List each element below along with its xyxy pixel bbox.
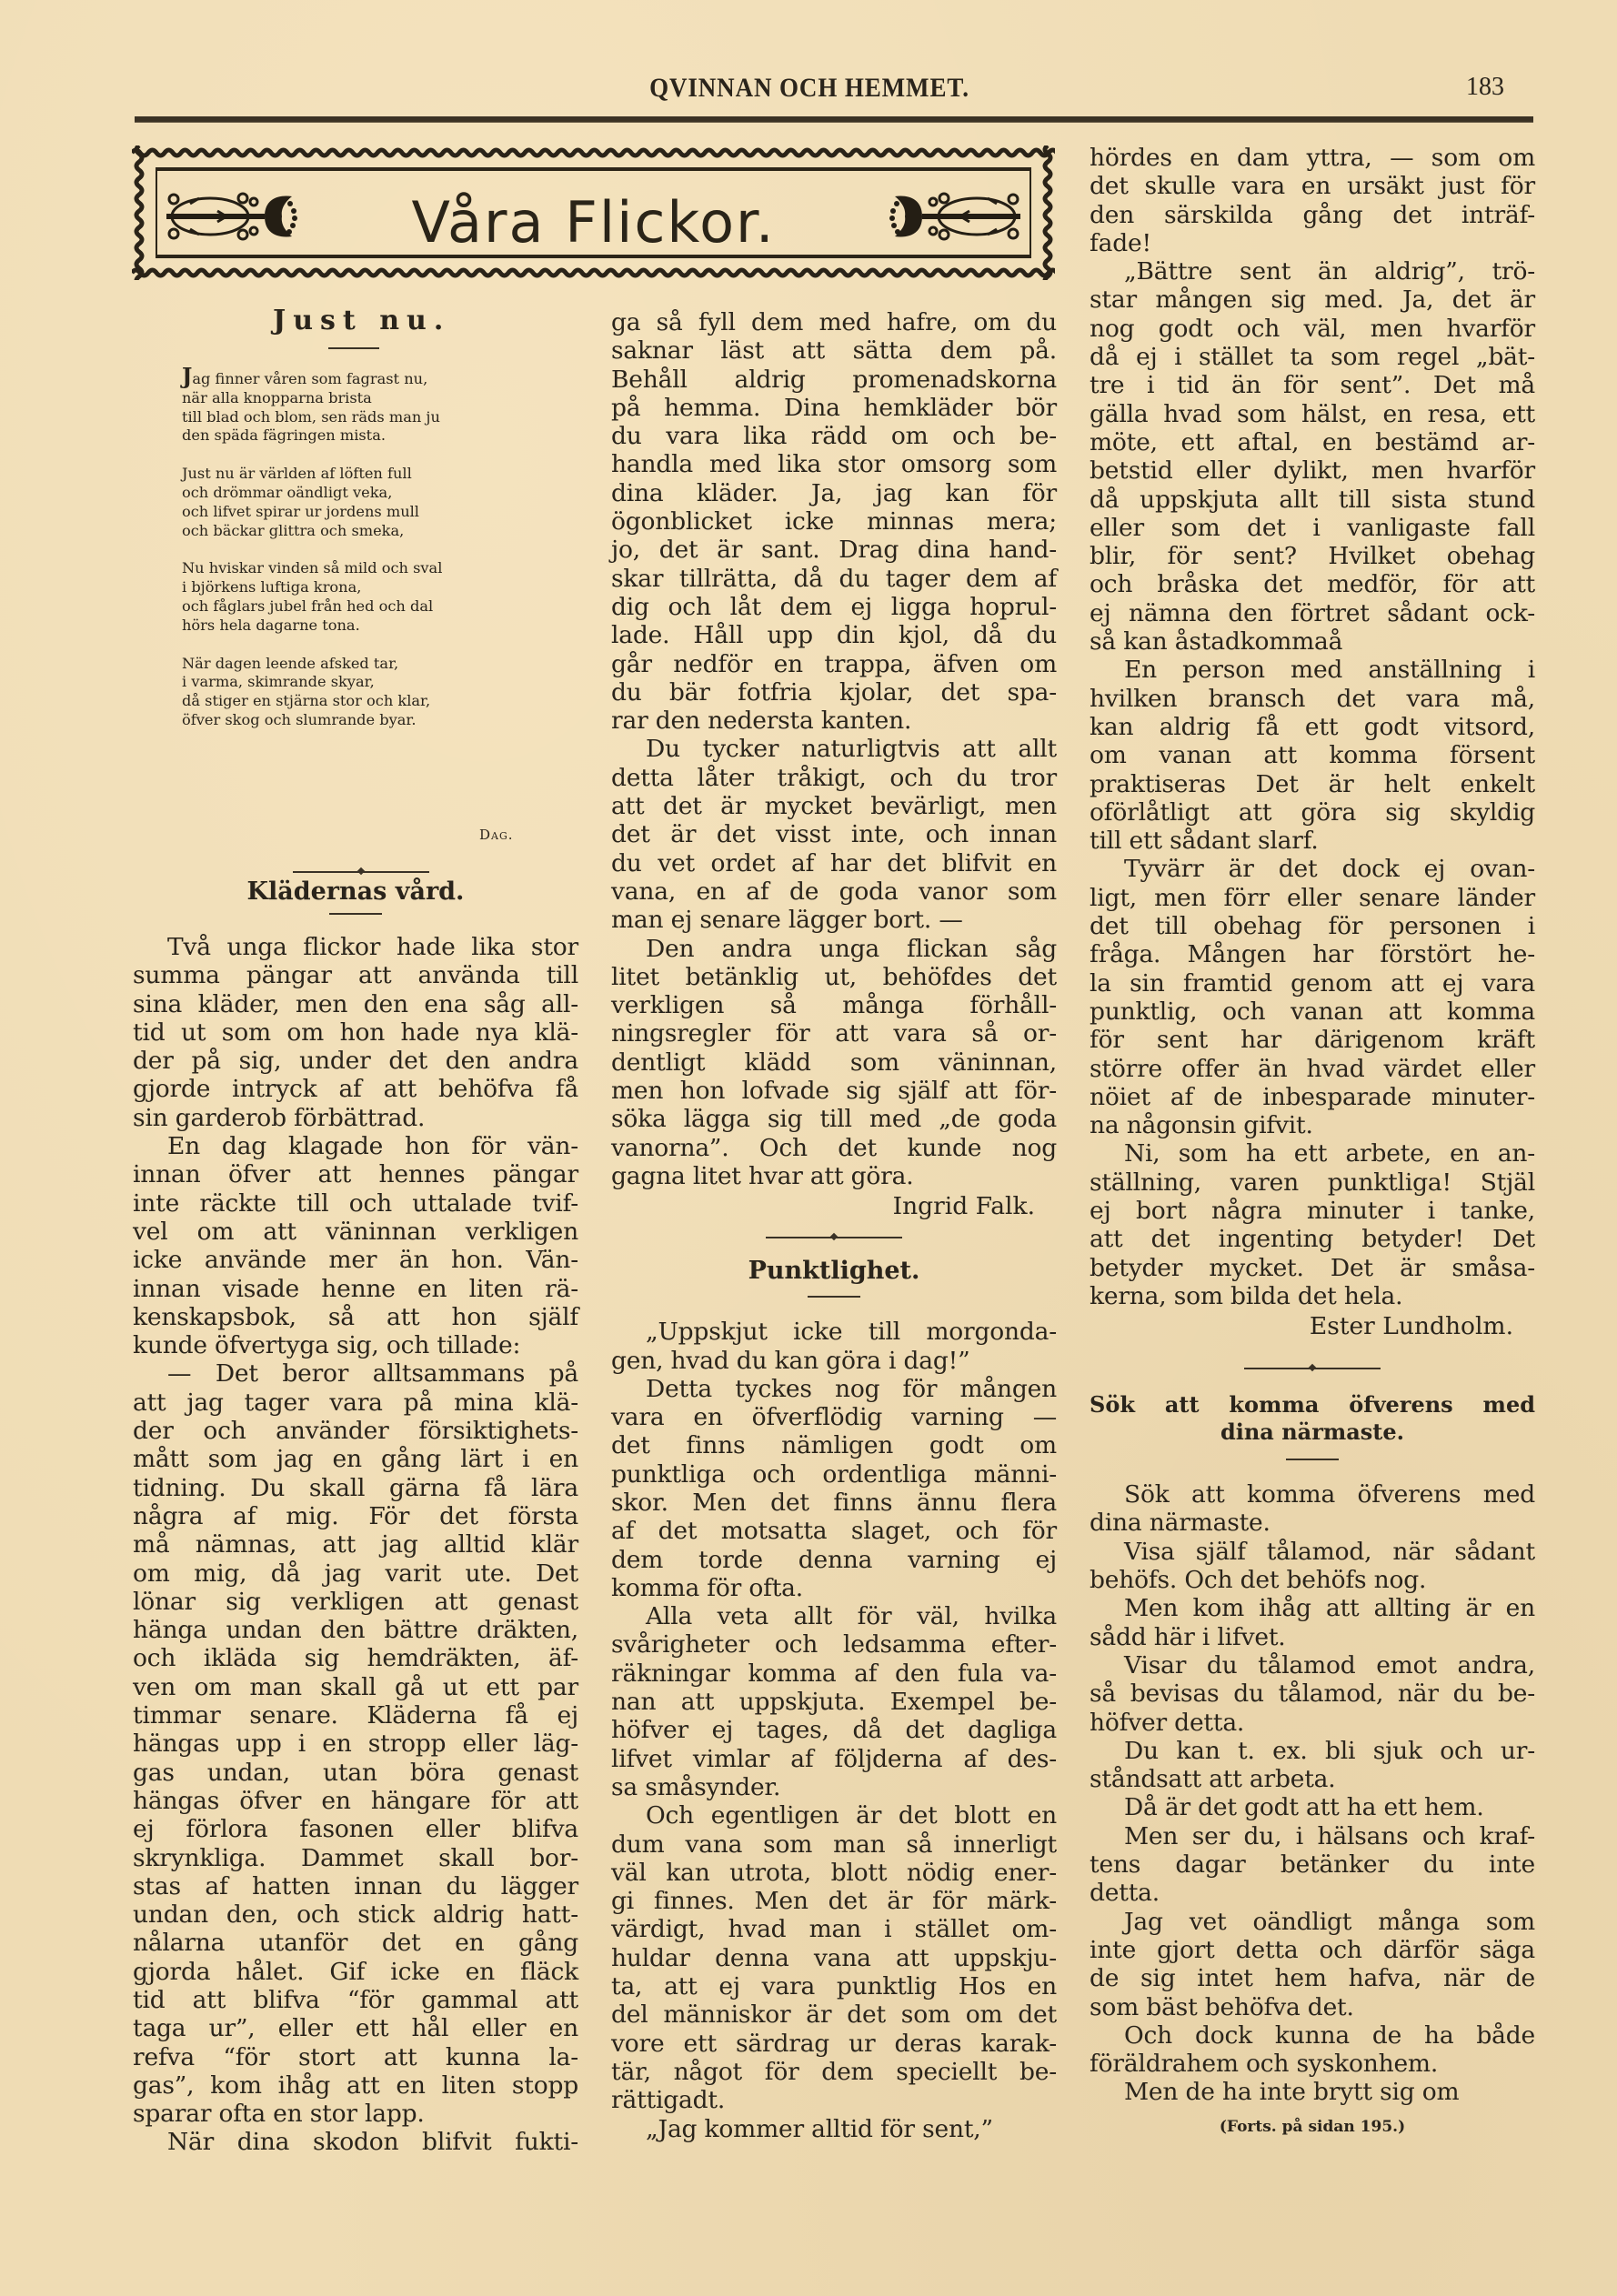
text-line: Visa själf tålamod, när sådant	[1090, 1538, 1535, 1566]
text-line: undan den, och stick aldrig hatt-	[133, 1900, 578, 1929]
text-line: dentligt klädd som väninnan,	[611, 1048, 1057, 1077]
text-line: ta, att ej vara punktlig Hos en	[611, 1972, 1057, 2000]
text-line: sina kläder, men den ena såg all-	[133, 990, 578, 1018]
text-line: Ni, som ha ett arbete, en an-	[1090, 1139, 1535, 1168]
text-line: punktliga och ordentliga männi-	[611, 1460, 1057, 1489]
publication-title: QVINNAN OCH HEMMET.	[646, 73, 973, 104]
text-line: hängas öfver en hängare för att	[133, 1787, 578, 1815]
text-line: som bäst behöfva det.	[1090, 1993, 1535, 2021]
text-line: sa småsynder.	[611, 1773, 1057, 1801]
text-line: detta låter tråkigt, och du tror	[611, 764, 1057, 792]
text-line: men hon lofvade sig själf att för-	[611, 1077, 1057, 1105]
text-line: Detta tyckes nog för mången	[611, 1375, 1057, 1403]
poem-line: och drömmar oändligt veka,	[182, 484, 442, 503]
poem-line: den späda fägringen mista.	[182, 426, 442, 446]
text-line: nan att uppskjuta. Exempel be-	[611, 1688, 1057, 1716]
text-line: höfver ej tages, då det dagliga	[611, 1716, 1057, 1744]
text-line: om vanan att komma försent	[1090, 741, 1535, 769]
text-line: ej bort några minuter i tanke,	[1090, 1197, 1535, 1225]
text-line: detta.	[1090, 1879, 1535, 1907]
wavy-border-right	[1040, 145, 1055, 280]
poem-line: Jag finner våren som fagrast nu,	[182, 367, 442, 389]
text-line: ställning, varen punktliga! Stjäl	[1090, 1168, 1535, 1197]
text-line: behöfs. Och det behöfs nog.	[1090, 1566, 1535, 1594]
text-line: „Uppskjut icke till morgonda-	[611, 1318, 1057, 1346]
text-line: gas undan, utan böra genast	[133, 1759, 578, 1787]
text-line: Men de ha inte brytt sig om	[1090, 2078, 1535, 2106]
text-line: kunde öfvertyga sig, och tillade:	[133, 1331, 578, 1359]
text-line: lifvet vimlar af följderna af des-	[611, 1745, 1057, 1773]
text-line: oförlåtligt att göra sig skyldig	[1090, 798, 1535, 827]
text-line: skar tillrätta, då du tager dem af	[611, 565, 1057, 593]
text-line: jo, det är sant. Drag dina hand-	[611, 536, 1057, 564]
text-line: kerna, som bilda det hela.	[1090, 1282, 1535, 1310]
poem-line: Just nu är världen af löften full	[182, 465, 442, 484]
wavy-border-left	[132, 145, 146, 280]
text-line: litet betänklig ut, behöfdes det	[611, 963, 1057, 991]
text-line: rar den nedersta kanten.	[611, 707, 1057, 735]
title-rule	[1286, 1459, 1339, 1460]
text-line: punktlig, och vanan att komma	[1090, 998, 1535, 1026]
section-divider	[611, 1237, 1057, 1238]
text-line: ståndsatt att arbeta.	[1090, 1765, 1535, 1793]
text-line: verkligen så många förhåll-	[611, 991, 1057, 1019]
text-line: ningsregler för att vara så or-	[611, 1019, 1057, 1048]
article-body: „Uppskjut icke till morgonda-gen, hvad d…	[611, 1318, 1057, 2143]
lotus-ornament-icon	[888, 191, 1024, 242]
text-line: af det motsatta slaget, och för	[611, 1517, 1057, 1545]
text-line: komma för ofta.	[611, 1574, 1057, 1602]
text-line: gas”, kom ihåg att en liten stopp	[133, 2071, 578, 2100]
running-head: QVINNAN OCH HEMMET. 183	[0, 73, 1617, 109]
text-line: del människor är det som om det	[611, 2000, 1057, 2029]
text-line: vana, en af de goda vanor som	[611, 877, 1057, 906]
article-body: Två unga flickor hade lika storsumma pän…	[133, 933, 578, 2157]
text-line: och bråska det medför, för att	[1090, 570, 1535, 598]
text-line: tid ut som om hon hade nya klä-	[133, 1018, 578, 1047]
article-title: Punktlighet.	[611, 1257, 1057, 1285]
title-rule	[329, 913, 382, 915]
text-line: ga så fyll dem med hafre, om du	[611, 308, 1057, 336]
text-line: refva “för stort att kunna la-	[133, 2043, 578, 2071]
text-line: Visar du tålamod emot andra,	[1090, 1651, 1535, 1679]
poem-stanza: Just nu är världen af löften fulloch drö…	[182, 465, 442, 540]
text-line: inte gjort detta och därför säga	[1090, 1936, 1535, 1964]
text-line: dum vana som man så innerligt	[611, 1830, 1057, 1859]
header-rule	[135, 116, 1533, 123]
text-line: kan aldrig få ett godt vitsord,	[1090, 713, 1535, 741]
text-line: värdigt, hvad man i stället om-	[611, 1915, 1057, 1943]
text-line: Men ser du, i hälsans och kraf-	[1090, 1822, 1535, 1850]
text-line: star mången sig med. Ja, det är	[1090, 286, 1535, 314]
title-rule	[328, 347, 379, 349]
text-line: det är det visst inte, och innan	[611, 820, 1057, 848]
text-line: En dag klagade hon för vän-	[133, 1132, 578, 1160]
text-line: det till obehag för personen i	[1090, 912, 1535, 940]
text-line: ej nämna den förtret sådant ock-	[1090, 599, 1535, 627]
poem-stanza: Jag finner våren som fagrast nu,när alla…	[182, 367, 442, 446]
text-line: vara en öfverflödig varning —	[611, 1403, 1057, 1431]
text-line: till ett sådant slarf.	[1090, 827, 1535, 855]
poem-body: Jag finner våren som fagrast nu,när alla…	[182, 367, 442, 749]
text-line: icke använde mer än hon. Vän-	[133, 1246, 578, 1274]
text-line: det skulle vara en ursäkt just för	[1090, 172, 1535, 200]
text-line: dina närmaste.	[1090, 1509, 1535, 1537]
text-line: fade!	[1090, 229, 1535, 257]
text-line: ögonblicket icke minnas mera;	[611, 507, 1057, 536]
text-line: om mig, då jag varit ute. Det	[133, 1559, 578, 1588]
text-line: „Bättre sent än aldrig”, trö-	[1090, 257, 1535, 286]
section-title-banner: Våra Flickor.	[132, 145, 1055, 280]
text-line: att det är mycket bevärligt, men	[611, 792, 1057, 820]
text-line: timmar senare. Kläderna få ej	[133, 1701, 578, 1730]
poem-line: då stiger en stjärna stor och klar,	[182, 692, 442, 711]
text-line: handla med lika stor omsorg som	[611, 450, 1057, 478]
text-line: hänga undan den bättre dräkten,	[133, 1616, 578, 1644]
article-body-continued: ga så fyll dem med hafre, om dusaknar lä…	[611, 308, 1057, 1190]
text-line: tär, något för dem speciellt be-	[611, 2058, 1057, 2086]
text-line: föräldrahem och syskonhem.	[1090, 2050, 1535, 2078]
text-line: på hemma. Dina hemkläder bör	[611, 394, 1057, 422]
text-line: vanorna”. Och det kunde nog	[611, 1134, 1057, 1162]
text-line: ej förlora fasonen eller blifva	[133, 1815, 578, 1843]
text-line: skrynkliga. Dammet skall bor-	[133, 1844, 578, 1872]
text-line: saknar läst att sätta dem på.	[611, 336, 1057, 365]
text-line: Behåll aldrig promenadskorna	[611, 366, 1057, 394]
text-line: rättigadt.	[611, 2086, 1057, 2114]
text-line: kenskapsbok, så att hon själf	[133, 1303, 578, 1331]
section-divider	[293, 871, 429, 873]
text-line: gagna litet hvar att göra.	[611, 1162, 1057, 1190]
text-line: vel om att väninnan verkligen	[133, 1218, 578, 1246]
text-line: „Jag kommer alltid för sent,”	[611, 2115, 1057, 2143]
text-line: Och egentligen är det blott en	[611, 1801, 1057, 1830]
article-author: Ester Lundholm.	[1090, 1312, 1535, 1340]
text-line: sparar ofta en stor lapp.	[133, 2100, 578, 2128]
text-line: betstid eller dylikt, men hvarför	[1090, 456, 1535, 485]
poem-line: till blad och blom, sen räds man ju	[182, 408, 442, 427]
text-line: betyder mycket. Det är småsa-	[1090, 1254, 1535, 1282]
text-line: Då är det godt att ha ett hem.	[1090, 1793, 1535, 1821]
text-line: taga ur”, eller ett hål eller en	[133, 2014, 578, 2042]
text-line: de sig intet hem hafva, när de	[1090, 1964, 1535, 1992]
text-line: den särskilda gång det inträf-	[1090, 201, 1535, 229]
text-line: Sök att komma öfverens med	[1090, 1480, 1535, 1509]
text-line: gjorda hålet. Gif icke en fläck	[133, 1958, 578, 1986]
poem-line: och fåglars jubel från hed och dal	[182, 597, 442, 617]
text-line: några af mig. För det första	[133, 1502, 578, 1530]
text-line: må nämnas, att jag alltid klär	[133, 1530, 578, 1559]
title-frame: Våra Flickor.	[156, 167, 1031, 258]
text-line: du vet ordet af har det blifvit en	[611, 849, 1057, 877]
text-line: Tyvärr är det dock ej ovan-	[1090, 855, 1535, 883]
text-line: söka lägga sig till med „de goda	[611, 1105, 1057, 1133]
text-line: då ej i stället ta som regel „bät-	[1090, 343, 1535, 371]
text-line: gjorde intryck af att behöfva få	[133, 1075, 578, 1103]
text-line: Du tycker naturligtvis att allt	[611, 735, 1057, 763]
title-rule	[808, 1296, 860, 1298]
text-line: vore ett särdrag ur deras karak-	[611, 2030, 1057, 2058]
text-line: lönar sig verkligen att genast	[133, 1588, 578, 1616]
text-line: na någonsin gifvit.	[1090, 1111, 1535, 1139]
text-line: hördes en dam yttra, — som om	[1090, 144, 1535, 172]
wavy-border-top	[132, 145, 1055, 160]
poem-line: När dagen leende afsked tar,	[182, 655, 442, 674]
text-line: nog godt och väl, men hvarför	[1090, 315, 1535, 343]
text-line: för sent har därigenom kräft	[1090, 1026, 1535, 1054]
text-line: väl kan utrota, blott nödig ener-	[611, 1859, 1057, 1887]
poem-stanza: Nu hviskar vinden så mild och svali björ…	[182, 559, 442, 635]
text-line: En person med anställning i	[1090, 656, 1535, 684]
text-line: det finns nämligen godt om	[611, 1431, 1057, 1459]
text-line: Jag vet oändligt många som	[1090, 1908, 1535, 1936]
text-line: innan visade henne en liten rä-	[133, 1275, 578, 1303]
poem-line: hörs hela dagarne tona.	[182, 617, 442, 636]
text-line: går nedför en trappa, äfven om	[611, 650, 1057, 678]
poem-line: Nu hviskar vinden så mild och sval	[182, 559, 442, 578]
text-line: tre i tid än för sent”. Det må	[1090, 371, 1535, 399]
text-line: höfver detta.	[1090, 1709, 1535, 1737]
text-line: hvilken bransch det vara må,	[1090, 685, 1535, 713]
text-line: så bevisas du tålamod, när du be-	[1090, 1679, 1535, 1708]
text-line: der och använder försiktighets-	[133, 1417, 578, 1445]
text-line: nålarna utanför det en gång	[133, 1929, 578, 1957]
text-line: tid att blifva “för gammal att	[133, 1986, 578, 2014]
text-line: Men kom ihåg att allting är en	[1090, 1594, 1535, 1622]
text-line: fråga. Mången har förstört he-	[1090, 940, 1535, 968]
text-line: att det ingenting betyder! Det	[1090, 1225, 1535, 1253]
poem-line: när alla knopparna brista	[182, 389, 442, 408]
text-line: större offer än hvad värdet eller	[1090, 1055, 1535, 1083]
text-line: hängas upp i en stropp eller läg-	[133, 1730, 578, 1758]
text-line: praktiseras Det är helt enkelt	[1090, 770, 1535, 798]
text-line: gälla hvad som hälst, en resa, ett	[1090, 400, 1535, 428]
text-line: sådd här i lifvet.	[1090, 1623, 1535, 1651]
text-line: tens dagar betänker du inte	[1090, 1850, 1535, 1879]
text-line: huldar denna vana att uppskju-	[611, 1944, 1057, 1972]
article-body-continued: hördes en dam yttra, — som omdet skulle …	[1090, 144, 1535, 1310]
article-title: Sök att komma öfverens med dina närmaste…	[1090, 1391, 1535, 1446]
text-line: stas af hatten innan du lägger	[133, 1872, 578, 1900]
column-2: ga så fyll dem med hafre, om dusaknar lä…	[611, 308, 1057, 2143]
text-line: — Det beror alltsammans på	[133, 1359, 578, 1388]
text-line: Och dock kunna de ha både	[1090, 2021, 1535, 2050]
article-author: Ingrid Falk.	[611, 1192, 1057, 1220]
poem-line: och bäckar glittra och smeka,	[182, 522, 442, 541]
text-line: möte, ett aftal, en bestämd ar-	[1090, 428, 1535, 456]
poem-title: Just nu.	[273, 305, 450, 336]
text-line: der på sig, under det den andra	[133, 1047, 578, 1075]
text-line: mått som jag en gång lärt i en	[133, 1445, 578, 1473]
wavy-border-bottom	[132, 266, 1055, 280]
text-line: Den andra unga flickan såg	[611, 935, 1057, 963]
poem-author: Dag.	[479, 827, 514, 843]
text-line: la sin framtid genom att ej vara	[1090, 969, 1535, 998]
text-line: innan öfver att hennes pängar	[133, 1160, 578, 1188]
text-line: dina kläder. Ja, jag kan för	[611, 479, 1057, 507]
text-line: summa pängar att använda till	[133, 961, 578, 989]
article-body: Sök att komma öfverens meddina närmaste.…	[1090, 1480, 1535, 2107]
text-line: du bär fotfria kjolar, det spa-	[611, 678, 1057, 707]
poem-stanza: När dagen leende afsked tar,i varma, ski…	[182, 655, 442, 730]
continuation-note: (Forts. på sidan 195.)	[1090, 2118, 1535, 2136]
text-line: och ikläda sig hemdräkten, äf-	[133, 1644, 578, 1672]
text-line: nöiet af de inbesparade minuter-	[1090, 1083, 1535, 1111]
text-line: När dina skodon blifvit fukti-	[133, 2128, 578, 2156]
text-line: räkningar komma af den fula va-	[611, 1659, 1057, 1688]
column-1: Klädernas vård. Två unga flickor hade li…	[133, 877, 578, 2157]
text-line: svårigheter och ledsamma efter-	[611, 1630, 1057, 1659]
text-line: Alla veta allt för väl, hvilka	[611, 1602, 1057, 1630]
text-line: man ej senare lägger bort. —	[611, 906, 1057, 934]
poem-line: i varma, skimrande skyar,	[182, 673, 442, 692]
text-line: att jag tager vara på mina klä-	[133, 1389, 578, 1417]
page-number: 183	[1466, 73, 1504, 102]
poem-line: och lifvet spirar ur jordens mull	[182, 503, 442, 522]
text-line: blir, för sent? Hvilket obehag	[1090, 542, 1535, 570]
text-line: Du kan t. ex. bli sjuk och ur-	[1090, 1737, 1535, 1765]
text-line: gen, hvad du kan göra i dag!”	[611, 1347, 1057, 1375]
text-line: då uppskjuta allt till sista stund	[1090, 486, 1535, 514]
text-line: ven om man skall gå ut ett par	[133, 1673, 578, 1701]
section-divider	[1090, 1368, 1535, 1369]
text-line: inte räckte till och uttalade tvif-	[133, 1189, 578, 1218]
article-title: Klädernas vård.	[133, 877, 578, 906]
text-line: Två unga flickor hade lika stor	[133, 933, 578, 961]
text-line: eller som det i vanligaste fall	[1090, 514, 1535, 542]
text-line: lade. Håll upp din kjol, då du	[611, 621, 1057, 649]
text-line: gi finnes. Men det är för märk-	[611, 1887, 1057, 1915]
text-line: dem torde denna varning ej	[611, 1546, 1057, 1574]
text-line: skor. Men det finns ännu flera	[611, 1489, 1057, 1517]
text-line: så kan åstadkommaå	[1090, 627, 1535, 656]
text-line: ligt, men förr eller senare länder	[1090, 884, 1535, 912]
poem-line: öfver skog och slumrande byar.	[182, 711, 442, 730]
text-line: sin garderob förbättrad.	[133, 1104, 578, 1132]
column-3: hördes en dam yttra, — som omdet skulle …	[1090, 144, 1535, 2136]
text-line: tidning. Du skall gärna få lära	[133, 1474, 578, 1502]
text-line: du vara lika rädd om och be-	[611, 422, 1057, 450]
poem-line: i björkens luftiga krona,	[182, 578, 442, 597]
text-line: dig och låt dem ej ligga hoprul-	[611, 593, 1057, 621]
